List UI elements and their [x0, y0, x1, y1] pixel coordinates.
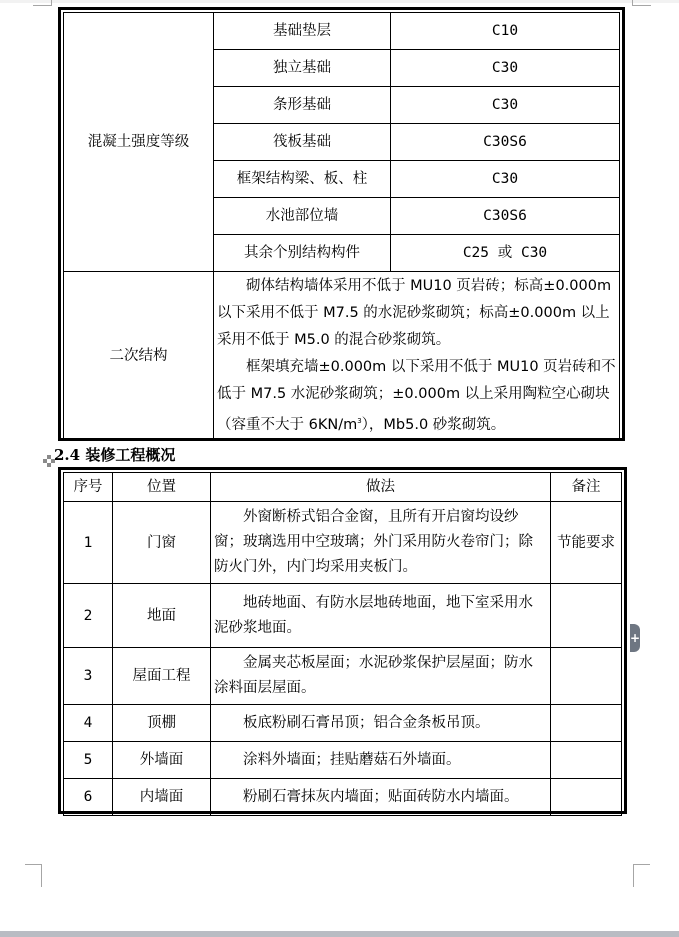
grade-cell: C30: [391, 161, 620, 198]
method-text: 外窗断桥式铝合金窗，且所有开启窗均设纱窗；玻璃选用中空玻璃；外门采用防火卷帘门；…: [214, 505, 547, 580]
decoration-table: 序号 位置 做法 备注 1 门窗 外窗断桥式铝合金窗，且所有开启窗均设纱窗；玻璃…: [58, 467, 627, 814]
part-cell: 水池部位墙: [214, 198, 391, 235]
part-cell: 框架结构梁、板、柱: [214, 161, 391, 198]
table-header-row: 序号 位置 做法 备注: [64, 473, 622, 502]
remark-cell: [551, 705, 622, 742]
paragraph: 框架填充墙±0.000m 以下采用不低于 MU10 页岩砖和不低于 M7.5 水…: [217, 354, 616, 439]
location-cell: 地面: [113, 584, 211, 648]
part-cell: 筏板基础: [214, 124, 391, 161]
number-cell: 2: [64, 584, 113, 648]
table-row: 1 门窗 外窗断桥式铝合金窗，且所有开启窗均设纱窗；玻璃选用中空玻璃；外门采用防…: [64, 502, 622, 584]
expand-side-panel-button[interactable]: +: [630, 624, 640, 652]
table-row: 6 内墙面 粉刷石膏抹灰内墙面；贴面砖防水内墙面。: [64, 779, 622, 816]
remark-cell: [551, 648, 622, 705]
method-cell: 涂料外墙面；挂贴蘑菇石外墙面。: [211, 742, 551, 779]
table-row: 4 顶棚 板底粉刷石膏吊顶；铝合金条板吊顶。: [64, 705, 622, 742]
page-bottom-edge: [0, 931, 679, 937]
header-cell: 序号: [64, 473, 113, 502]
grade-cell: C30: [391, 87, 620, 124]
number-cell: 4: [64, 705, 113, 742]
part-cell: 其余个别结构构件: [214, 235, 391, 272]
location-cell: 门窗: [113, 502, 211, 584]
paragraph-text: ），Mb5.0 砂浆砌筑。: [362, 417, 506, 433]
method-cell: 粉刷石膏抹灰内墙面；贴面砖防水内墙面。: [211, 779, 551, 816]
page-corner-mark-bottom-left: [25, 864, 42, 887]
grade-cell: C30: [391, 50, 620, 87]
location-cell: 外墙面: [113, 742, 211, 779]
category-cell: 二次结构: [64, 272, 214, 441]
grade-cell: C25 或 C30: [391, 235, 620, 272]
number-cell: 5: [64, 742, 113, 779]
header-cell: 位置: [113, 473, 211, 502]
table-row: 混凝土强度等级 基础垫层 C10: [64, 13, 620, 50]
number-cell: 3: [64, 648, 113, 705]
part-cell: 基础垫层: [214, 13, 391, 50]
secondary-structure-description: 砌体结构墙体采用不低于 MU10 页岩砖；标高±0.000m 以下采用不低于 M…: [214, 272, 620, 441]
page-corner-mark-top-right: [632, 0, 651, 6]
table-row: 2 地面 地砖地面、有防水层地砖地面，地下室采用水泥砂浆地面。: [64, 584, 622, 648]
remark-cell: [551, 742, 622, 779]
category-cell: 混凝土强度等级: [64, 13, 214, 272]
header-cell: 备注: [551, 473, 622, 502]
table-row: 5 外墙面 涂料外墙面；挂贴蘑菇石外墙面。: [64, 742, 622, 779]
method-text: 板底粉刷石膏吊顶；铝合金条板吊顶。: [214, 711, 547, 736]
section-heading: 2.4 装修工程概况: [54, 444, 175, 466]
top-page-gap: [0, 0, 679, 3]
method-text: 粉刷石膏抹灰内墙面；贴面砖防水内墙面。: [214, 785, 547, 810]
location-cell: 内墙面: [113, 779, 211, 816]
remark-cell: 节能要求: [551, 502, 622, 584]
plus-icon: +: [630, 631, 640, 645]
grade-cell: C10: [391, 13, 620, 50]
header-cell: 做法: [211, 473, 551, 502]
part-cell: 条形基础: [214, 87, 391, 124]
method-text: 涂料外墙面；挂贴蘑菇石外墙面。: [214, 748, 547, 773]
method-cell: 外窗断桥式铝合金窗，且所有开启窗均设纱窗；玻璃选用中空玻璃；外门采用防火卷帘门；…: [211, 502, 551, 584]
page-corner-mark-bottom-right: [633, 864, 650, 887]
table-row: 3 屋面工程 金属夹芯板屋面；水泥砂浆保护层屋面；防水涂料面层屋面。: [64, 648, 622, 705]
grade-cell: C30S6: [391, 198, 620, 235]
number-cell: 1: [64, 502, 113, 584]
grade-cell: C30S6: [391, 124, 620, 161]
location-cell: 屋面工程: [113, 648, 211, 705]
location-cell: 顶棚: [113, 705, 211, 742]
method-text: 金属夹芯板屋面；水泥砂浆保护层屋面；防水涂料面层屋面。: [214, 651, 547, 701]
page-corner-mark-top-left: [33, 0, 52, 6]
remark-cell: [551, 779, 622, 816]
concrete-grade-table: 混凝土强度等级 基础垫层 C10 独立基础 C30 条形基础 C30 筏板基础 …: [58, 7, 625, 441]
method-text: 地砖地面、有防水层地砖地面，地下室采用水泥砂浆地面。: [214, 591, 547, 641]
remark-cell: [551, 584, 622, 648]
paragraph: 砌体结构墙体采用不低于 MU10 页岩砖；标高±0.000m 以下采用不低于 M…: [217, 273, 616, 354]
method-cell: 地砖地面、有防水层地砖地面，地下室采用水泥砂浆地面。: [211, 584, 551, 648]
method-cell: 金属夹芯板屋面；水泥砂浆保护层屋面；防水涂料面层屋面。: [211, 648, 551, 705]
part-cell: 独立基础: [214, 50, 391, 87]
method-cell: 板底粉刷石膏吊顶；铝合金条板吊顶。: [211, 705, 551, 742]
number-cell: 6: [64, 779, 113, 816]
table-row: 二次结构 砌体结构墙体采用不低于 MU10 页岩砖；标高±0.000m 以下采用…: [64, 272, 620, 441]
